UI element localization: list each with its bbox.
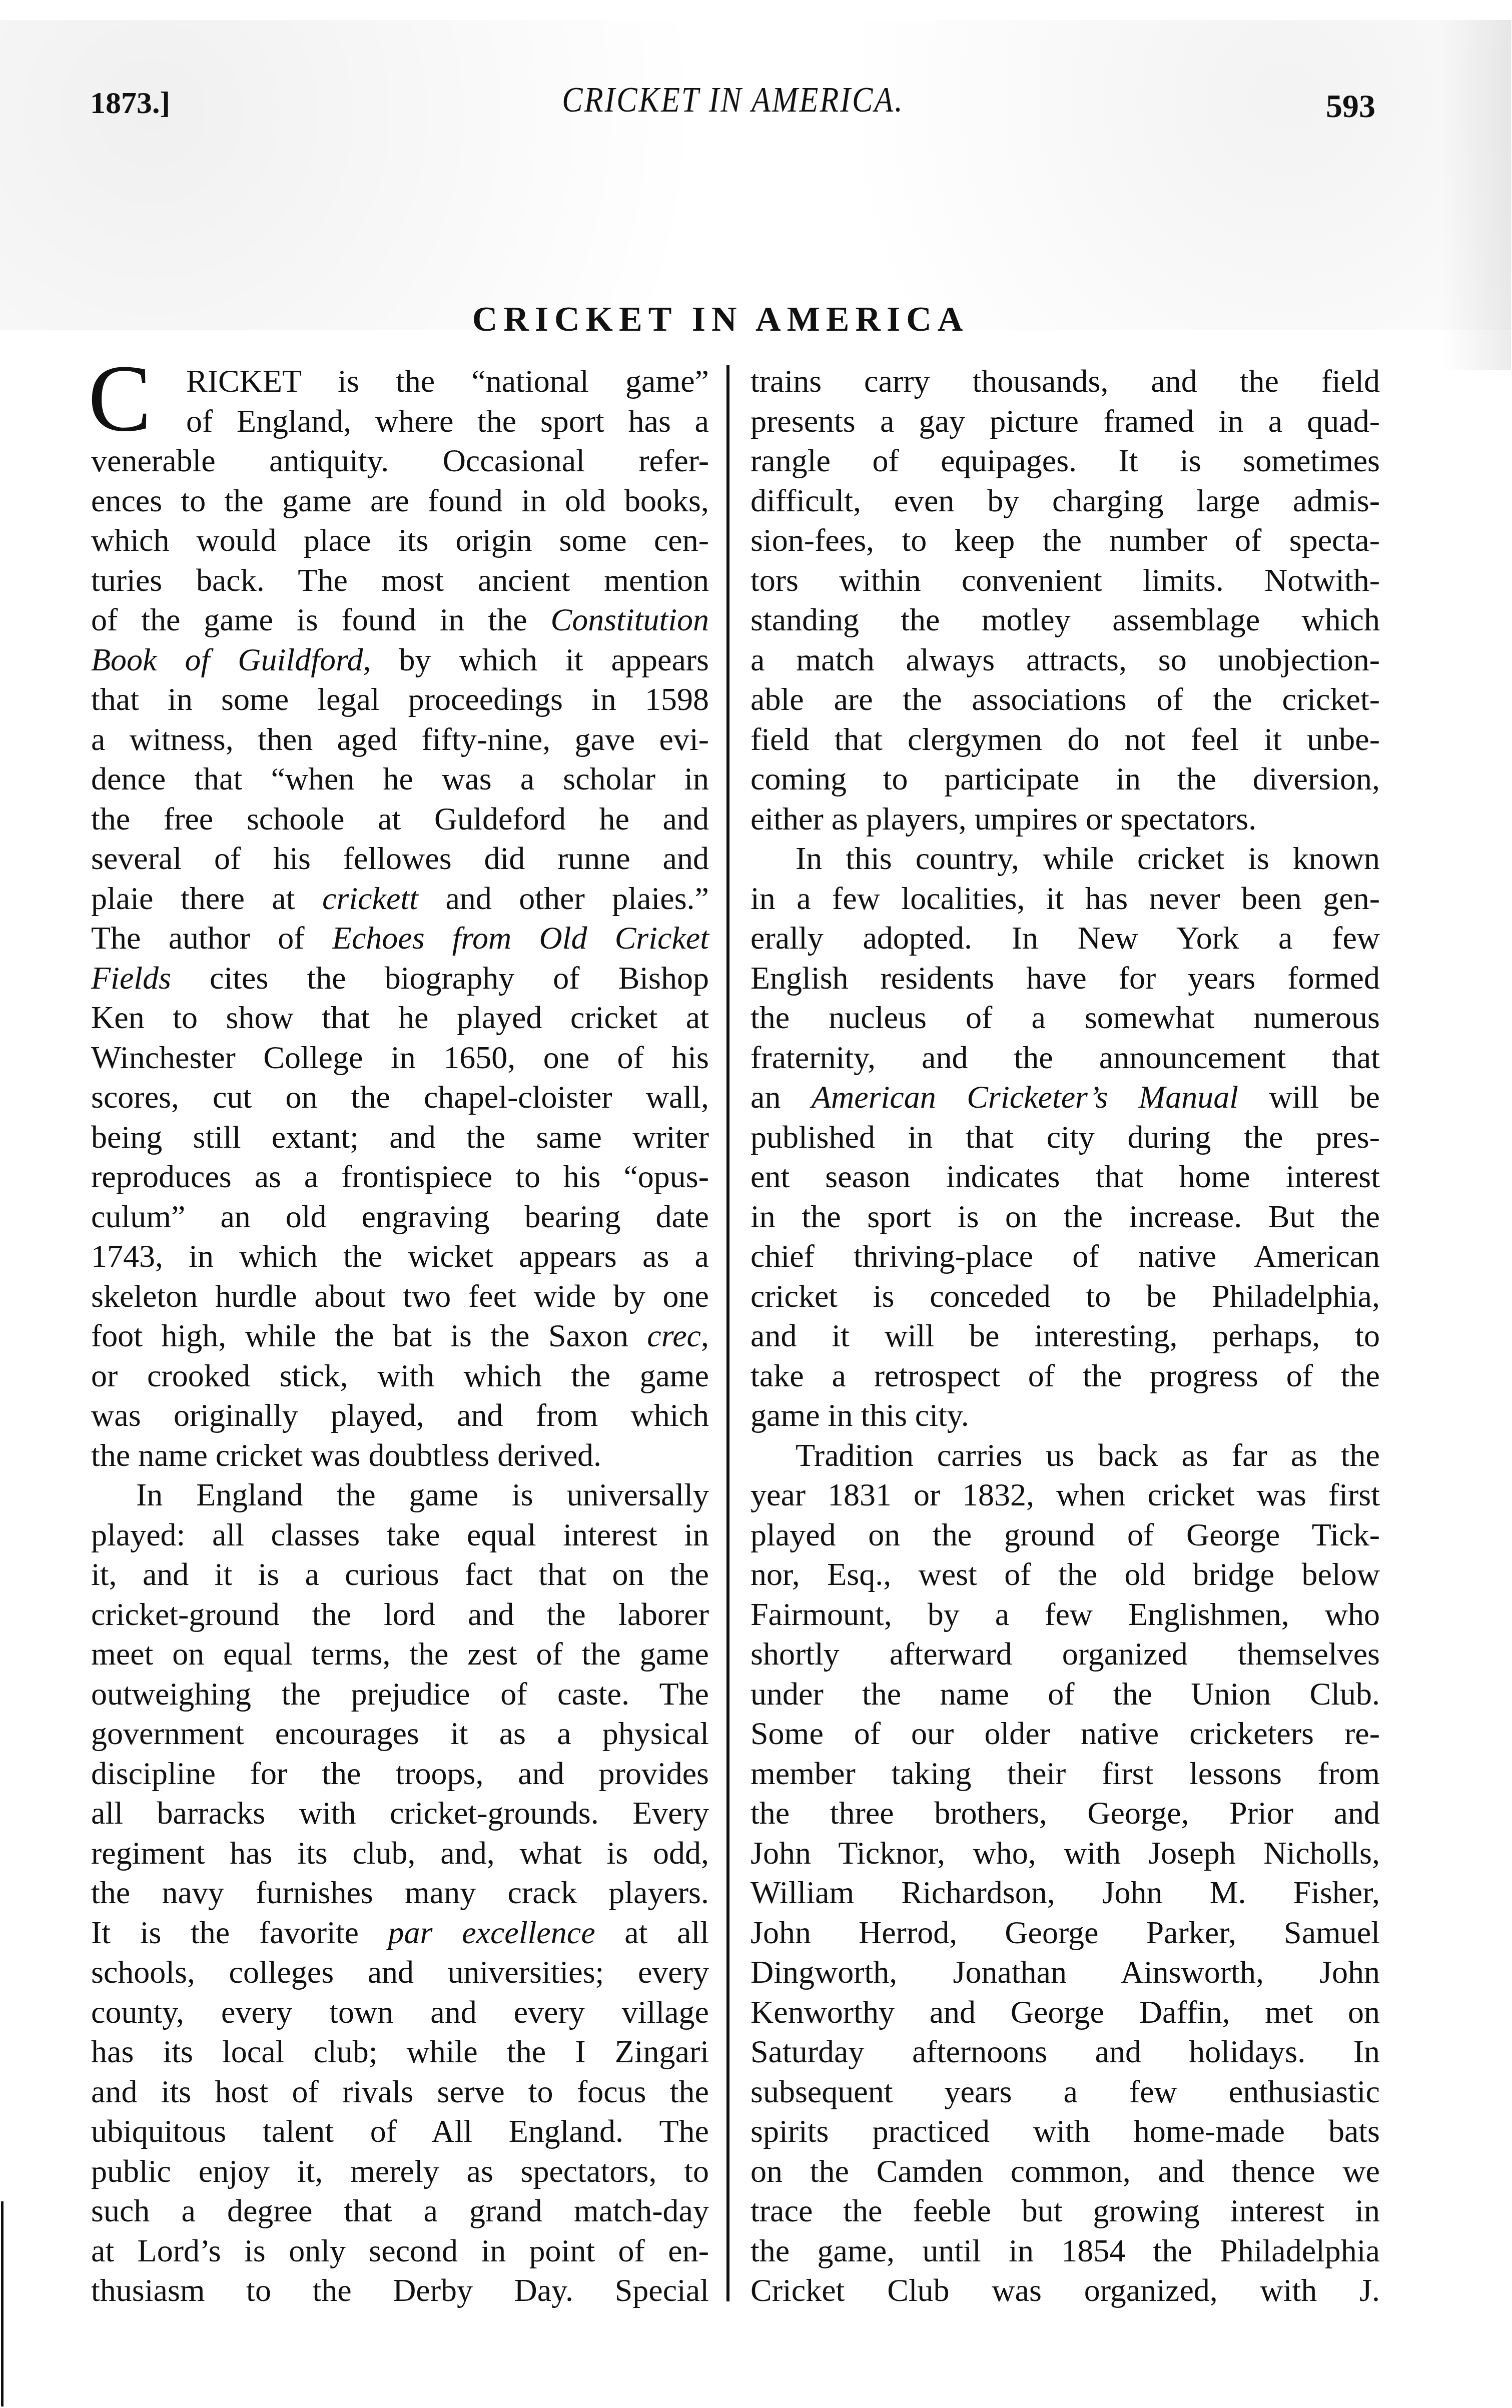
text-line: coming to participate in the diversion, (750, 759, 1380, 799)
text-line: Fields cites the biography of Bishop (91, 958, 709, 998)
text-line: was originally played, and from which (91, 1395, 709, 1435)
text-line: 1743, in which the wicket appears as a (91, 1236, 709, 1276)
text-line: Dingworth, Jonathan Ainsworth, John (750, 1952, 1380, 1992)
drop-cap: C (88, 356, 152, 441)
text-line: outweighing the prejudice of caste. The (91, 1674, 709, 1714)
text-line: subsequent years a few enthusiastic (750, 2072, 1380, 2112)
text-line: erally adopted. In New York a few (750, 918, 1380, 958)
text-line: skeleton hurdle about two feet wide by o… (91, 1276, 709, 1316)
text-line: dence that “when he was a scholar in (91, 759, 709, 799)
text-line: which would place its origin some cen- (91, 520, 709, 560)
text-line: spirits practiced with home-made bats (750, 2111, 1380, 2151)
text-line: scores, cut on the chapel-cloister wall, (91, 1077, 709, 1117)
text-line: nor, Esq., west of the old bridge below (750, 1554, 1380, 1594)
text-line: of the game is found in the Constitution (91, 600, 709, 640)
text-line: reproduces as a frontispiece to his “opu… (91, 1157, 709, 1197)
left-column: C RICKET is the “national game”of Englan… (91, 361, 709, 2310)
text-line: county, every town and every village (91, 1992, 709, 2032)
text-line: played: all classes take equal interest … (91, 1515, 709, 1555)
text-line: it, and it is a curious fact that on the (91, 1554, 709, 1594)
text-line: meet on equal terms, the zest of the gam… (91, 1634, 709, 1674)
page-number: 593 (1326, 88, 1375, 126)
text-line: or crooked stick, with which the game (91, 1356, 709, 1396)
text-line: The author of Echoes from Old Cricket (91, 918, 709, 958)
text-line: an American Cricketer’s Manual will be (750, 1077, 1380, 1117)
text-line: chief thriving-place of native American (750, 1236, 1380, 1276)
text-line: a witness, then aged fifty-nine, gave ev… (91, 719, 709, 759)
text-line: government encourages it as a physical (91, 1714, 709, 1754)
text-line: In this country, while cricket is known (750, 839, 1380, 879)
text-line: game in this city. (750, 1395, 1380, 1435)
text-line: foot high, while the bat is the Saxon cr… (91, 1316, 709, 1356)
text-line: ent season indicates that home interest (750, 1157, 1380, 1197)
text-line: regiment has its club, and, what is odd, (91, 1833, 709, 1873)
text-line: shortly afterward organized themselves (750, 1634, 1380, 1674)
text-line: William Richardson, John M. Fisher, (750, 1873, 1380, 1913)
right-column: trains carry thousands, and the fieldpre… (750, 361, 1380, 2310)
text-line: the navy furnishes many crack players. (91, 1873, 709, 1913)
text-line: of England, where the sport has a (91, 401, 709, 441)
text-line: at Lord’s is only second in point of en- (91, 2231, 709, 2271)
text-line: presents a gay picture framed in a quad- (750, 401, 1380, 441)
text-line: year 1831 or 1832, when cricket was firs… (750, 1475, 1380, 1515)
text-line: It is the favorite par excellence at all (91, 1913, 709, 1953)
text-line: ubiquitous talent of All England. The (91, 2111, 709, 2151)
text-line: Some of our older native cricketers re- (750, 1714, 1380, 1754)
text-line: on the Camden common, and thence we (750, 2151, 1380, 2191)
text-line: sion-fees, to keep the number of specta- (750, 520, 1380, 560)
text-line: under the name of the Union Club. (750, 1674, 1380, 1714)
text-line: ences to the game are found in old books… (91, 481, 709, 521)
text-line: RICKET is the “national game” (91, 361, 709, 401)
text-line: Kenworthy and George Daffin, met on (750, 1992, 1380, 2032)
text-line: trains carry thousands, and the field (750, 361, 1380, 401)
text-line: the three brothers, George, Prior and (750, 1793, 1380, 1833)
text-line: in the sport is on the increase. But the (750, 1197, 1380, 1237)
text-line: John Herrod, George Parker, Samuel (750, 1913, 1380, 1953)
text-line: cricket-ground the lord and the laborer (91, 1594, 709, 1635)
text-line: the free schoole at Guldeford he and (91, 799, 709, 839)
text-line: a match always attracts, so unobjection- (750, 640, 1380, 680)
text-line: Saturday afternoons and holidays. In (750, 2032, 1380, 2072)
text-line: fraternity, and the announcement that (750, 1038, 1380, 1078)
text-line: that in some legal proceedings in 1598 (91, 679, 709, 719)
text-line: and it will be interesting, perhaps, to (750, 1316, 1380, 1356)
text-line: all barracks with cricket-grounds. Every (91, 1793, 709, 1833)
text-line: difficult, even by charging large admis- (750, 481, 1380, 521)
text-line: Ken to show that he played cricket at (91, 998, 709, 1038)
text-line: has its local club; while the I Zingari (91, 2032, 709, 2072)
text-line: venerable antiquity. Occasional refer- (91, 441, 709, 481)
running-head-title: CRICKET IN AMERICA. (515, 80, 951, 121)
text-line: in a few localities, it has never been g… (750, 879, 1380, 919)
text-line: such a degree that a grand match-day (91, 2191, 709, 2231)
text-line: In England the game is universally (91, 1475, 709, 1515)
text-line: take a retrospect of the progress of the (750, 1356, 1380, 1396)
text-line: published in that city during the pres- (750, 1117, 1380, 1157)
text-line: John Ticknor, who, with Joseph Nicholls, (750, 1833, 1380, 1873)
article-title: CRICKET IN AMERICA (440, 300, 1001, 340)
text-line: discipline for the troops, and provides (91, 1754, 709, 1794)
text-line: cricket is conceded to be Philadelphia, (750, 1276, 1380, 1316)
text-line: Cricket Club was organized, with J. (750, 2270, 1380, 2310)
text-line: either as players, umpires or spectators… (750, 799, 1380, 839)
scan-edge-line (1, 2201, 4, 2406)
text-line: turies back. The most ancient mention (91, 560, 709, 600)
text-line: culum” an old engraving bearing date (91, 1197, 709, 1237)
text-line: member taking their first lessons from (750, 1754, 1380, 1794)
text-line: plaie there at crickett and other plaies… (91, 879, 709, 919)
text-line: played on the ground of George Tick- (750, 1515, 1380, 1555)
text-line: Book of Guildford, by which it appears (91, 640, 709, 680)
text-line: thusiasm to the Derby Day. Special (91, 2270, 709, 2310)
text-line: Winchester College in 1650, one of his (91, 1038, 709, 1078)
text-line: the nucleus of a somewhat numerous (750, 998, 1380, 1038)
text-line: tors within convenient limits. Notwith- (750, 560, 1380, 600)
text-line: rangle of equipages. It is sometimes (750, 441, 1380, 481)
running-head-date: 1873.] (90, 86, 170, 121)
scan-noise-top (0, 20, 1512, 330)
text-line: Fairmount, by a few Englishmen, who (750, 1594, 1380, 1635)
text-line: the game, until in 1854 the Philadelphia (750, 2231, 1380, 2271)
column-divider (726, 365, 729, 2301)
text-line: trace the feeble but growing interest in (750, 2191, 1380, 2231)
scan-noise-right-edge (1441, 20, 1511, 370)
text-line: field that clergymen do not feel it unbe… (750, 719, 1380, 759)
text-line: being still extant; and the same writer (91, 1117, 709, 1157)
text-line: several of his fellowes did runne and (91, 839, 709, 879)
text-line: standing the motley assemblage which (750, 600, 1380, 640)
text-line: able are the associations of the cricket… (750, 679, 1380, 719)
text-line: Tradition carries us back as far as the (750, 1435, 1380, 1475)
text-line: public enjoy it, merely as spectators, t… (91, 2151, 709, 2191)
text-line: the name cricket was doubtless derived. (91, 1435, 709, 1475)
text-line: schools, colleges and universities; ever… (91, 1952, 709, 1992)
running-head: 1873.] CRICKET IN AMERICA. 593 (0, 83, 1512, 123)
text-line: and its host of rivals serve to focus th… (91, 2072, 709, 2112)
text-line: English residents have for years formed (750, 958, 1380, 998)
